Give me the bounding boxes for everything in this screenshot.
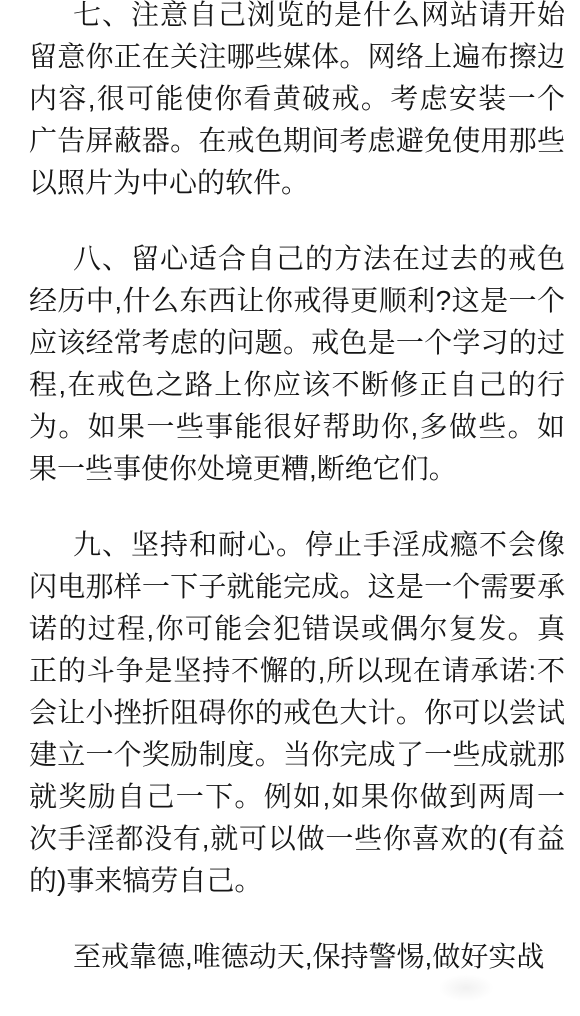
- paragraph-tip-7: 七、注意自己浏览的是什么网站请开始留意你正在关注哪些媒体。网络上遍布擦边内容,很…: [29, 0, 565, 204]
- document-page: 七、注意自己浏览的是什么网站请开始留意你正在关注哪些媒体。网络上遍布擦边内容,很…: [0, 0, 580, 1016]
- watermark-smudge: [438, 974, 494, 1002]
- paragraph-tip-9: 九、坚持和耐心。停止手淫成瘾不会像闪电那样一下子就能完成。这是一个需要承诺的过程…: [29, 524, 565, 902]
- paragraph-tip-8: 八、留心适合自己的方法在过去的戒色经历中,什么东西让你戒得更顺利?这是一个应该经…: [29, 238, 565, 490]
- closing-line: 至戒靠德,唯德动天,保持警惕,做好实战: [29, 936, 565, 978]
